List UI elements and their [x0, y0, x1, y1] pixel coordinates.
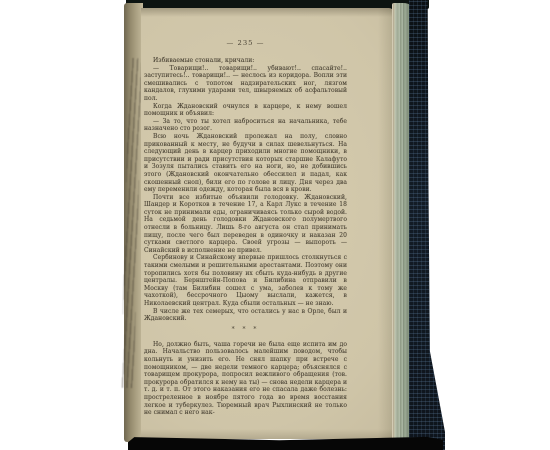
- paragraph: — Товарищи!.. товарищи!.. убивают!.. спа…: [144, 65, 347, 103]
- section-divider: * * *: [144, 327, 347, 333]
- book-cover: [409, 0, 445, 450]
- book-page: — 235 — Избиваемые стонали, кричали: — Т…: [141, 8, 394, 439]
- paragraph: Но, должно быть, чаша горечи не была еще…: [144, 341, 347, 417]
- paragraph: Всю ночь Ждановский пролежал на полу, сл…: [144, 133, 347, 194]
- left-page-text-blur: [121, 58, 143, 388]
- paragraph: Когда Ждановский очнулся в карцере, к не…: [144, 103, 347, 118]
- page-number: — 235 —: [144, 39, 347, 47]
- body-text: Избиваемые стонали, кричали: — Товарищи!…: [144, 57, 347, 417]
- paragraph: Избиваемые стонали, кричали:: [144, 57, 347, 65]
- paragraph: Сербинову и Синайскому впервые пришлось …: [144, 254, 347, 307]
- paragraph: В числе же тех семерых, что остались у н…: [144, 308, 347, 323]
- paragraph: Почти все избитые объявили голодовку. Жд…: [144, 194, 347, 255]
- photo-background: — 235 — Избиваемые стонали, кричали: — Т…: [0, 0, 550, 450]
- paragraph: — За то, что ты хотел наброситься на нач…: [144, 118, 347, 133]
